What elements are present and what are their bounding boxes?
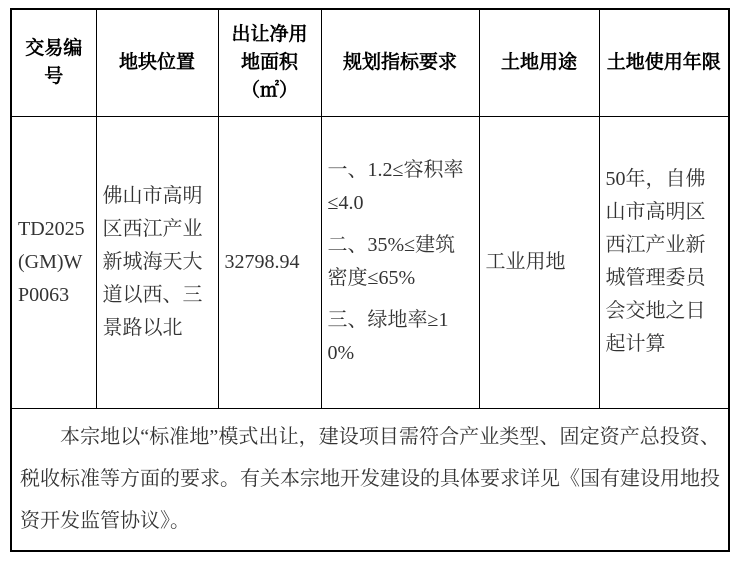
header-tenure: 土地使用年限 xyxy=(599,9,729,116)
header-net-area: 出让净用地面积（㎡） xyxy=(218,9,321,116)
table-header-row: 交易编号 地块位置 出让净用地面积（㎡） 规划指标要求 土地用途 土地使用年限 xyxy=(11,9,729,116)
cell-note: 本宗地以“标准地”模式出让，建设项目需符合产业类型、固定资产总投资、税收标准等方… xyxy=(11,408,729,551)
cell-net-area: 32798.94 xyxy=(218,116,321,408)
table-row: TD2025(GM)WP0063 佛山市高明区西江产业新城海天大道以西、三景路以… xyxy=(11,116,729,408)
planning-item-plot-ratio: 一、1.2≤容积率≤4.0 xyxy=(328,154,474,220)
planning-item-building-density: 二、35%≤建筑密度≤65% xyxy=(328,229,474,295)
table-note-row: 本宗地以“标准地”模式出让，建设项目需符合产业类型、固定资产总投资、税收标准等方… xyxy=(11,408,729,551)
cell-land-use: 工业用地 xyxy=(479,116,599,408)
header-land-use: 土地用途 xyxy=(479,9,599,116)
cell-tenure: 50年，自佛山市高明区西江产业新城管理委员会交地之日起计算 xyxy=(599,116,729,408)
land-parcel-table: 交易编号 地块位置 出让净用地面积（㎡） 规划指标要求 土地用途 土地使用年限 … xyxy=(10,8,730,552)
cell-location: 佛山市高明区西江产业新城海天大道以西、三景路以北 xyxy=(96,116,218,408)
header-transaction-id: 交易编号 xyxy=(11,9,96,116)
header-location: 地块位置 xyxy=(96,9,218,116)
header-planning-requirements: 规划指标要求 xyxy=(321,9,479,116)
cell-planning-requirements: 一、1.2≤容积率≤4.0 二、35%≤建筑密度≤65% 三、绿地率≥10% xyxy=(321,116,479,408)
cell-transaction-id: TD2025(GM)WP0063 xyxy=(11,116,96,408)
note-text: 本宗地以“标准地”模式出让，建设项目需符合产业类型、固定资产总投资、税收标准等方… xyxy=(20,416,720,542)
planning-item-green-ratio: 三、绿地率≥10% xyxy=(328,304,474,370)
